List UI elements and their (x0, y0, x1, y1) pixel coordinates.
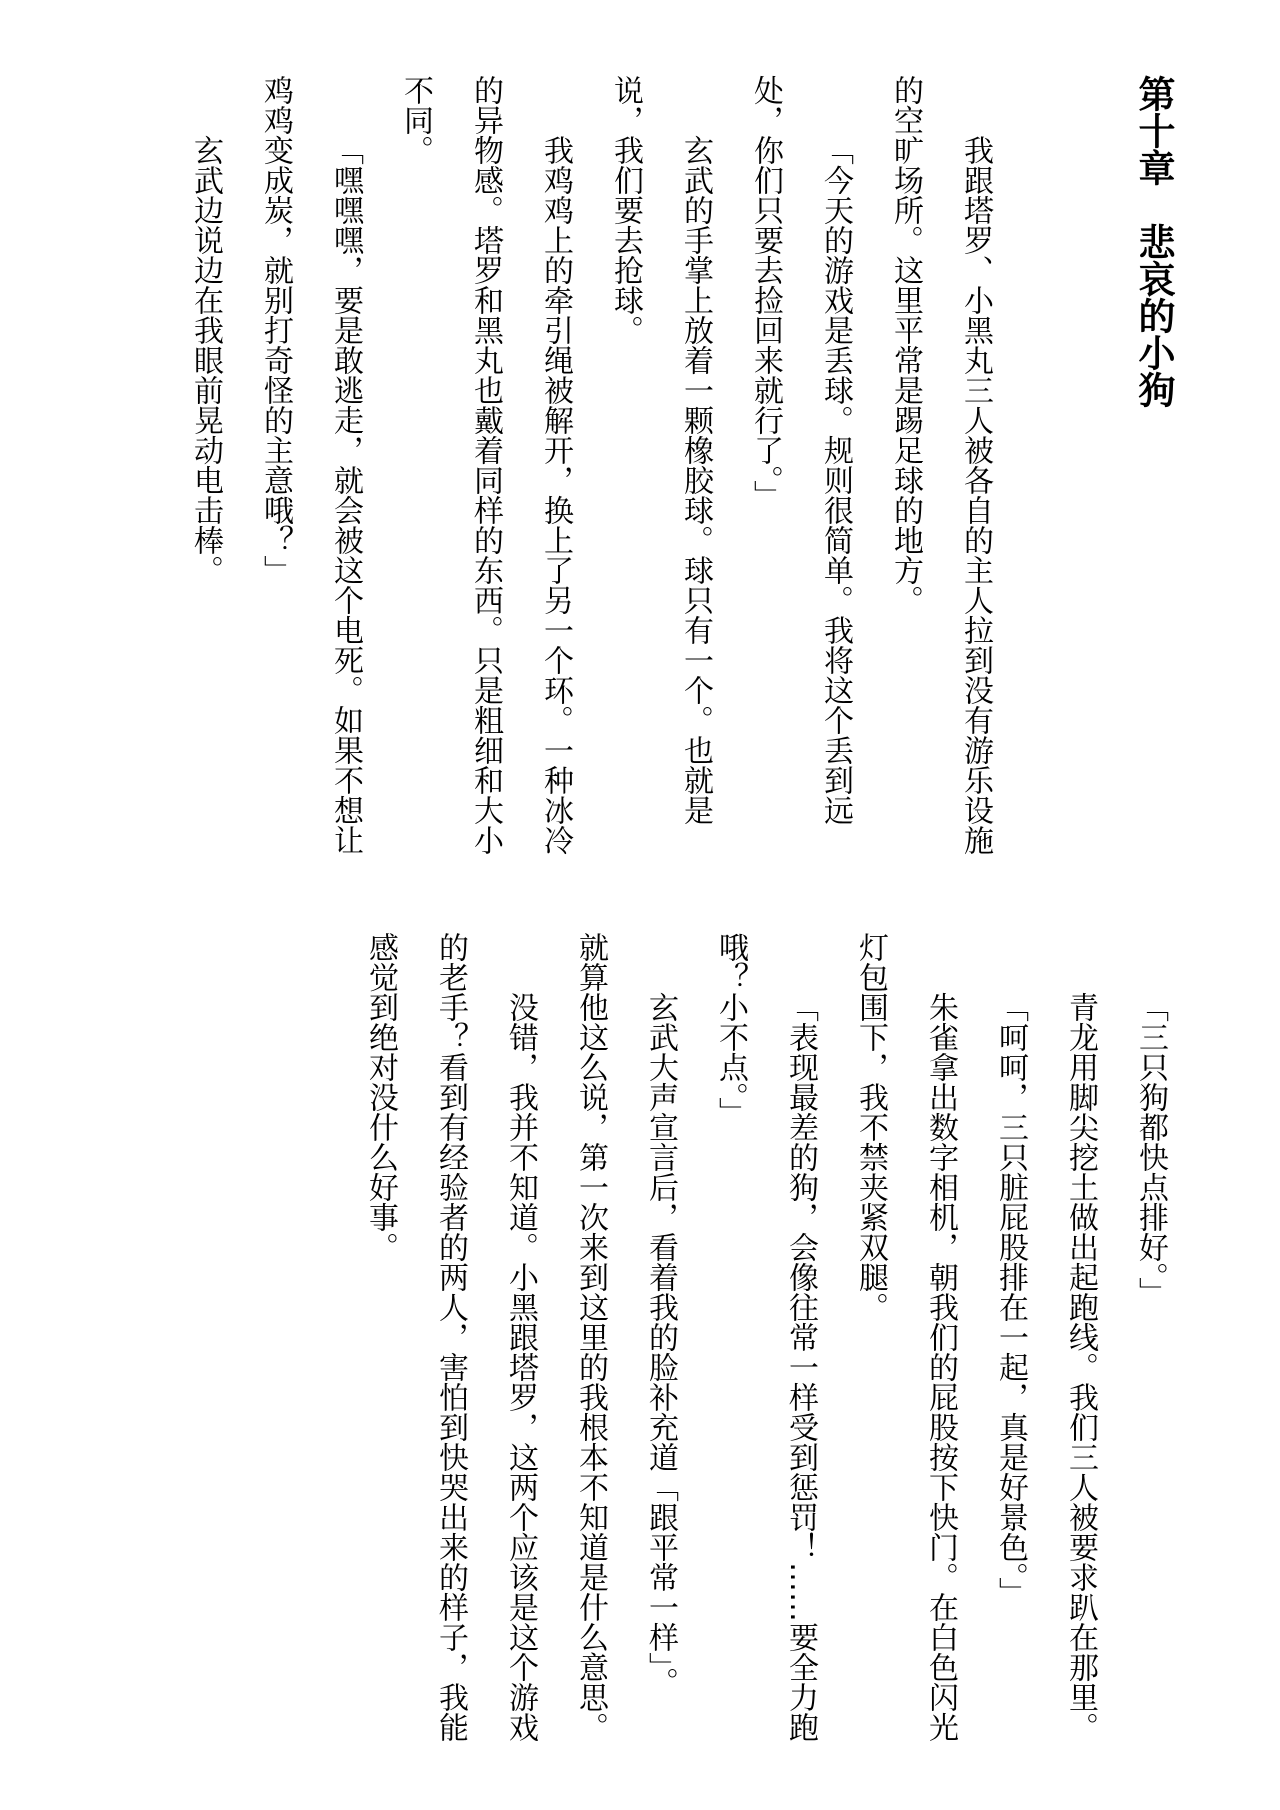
page1-paragraph-4: 我鸡鸡上的牵引绳被解开，换上了另一个环。一种冰冷的异物感。塔罗和黑丸也戴着同样的… (380, 75, 590, 865)
page-top-block: 第十章 悲哀的小狗 我跟塔罗、小黑丸三人被各自的主人拉到没有游乐设施的空旷场所。… (170, 75, 1188, 865)
page2-paragraph-3: 「呵呵，三只脏屁股排在一起，真是好景色。」 (975, 932, 1045, 1747)
page2-paragraph-6: 玄武大声宣言后，看着我的脸补充道「跟平常一样」。 (625, 932, 695, 1747)
page2-paragraph-4: 朱雀拿出数字相机，朝我们的屁股按下快门。在白色闪光灯包围下，我不禁夹紧双腿。 (835, 932, 975, 1747)
page-bottom-block: 「三只狗都快点排好。」 青龙用脚尖挖土做出起跑线。我们三人被要求趴在那里。 「呵… (345, 932, 1185, 1747)
page2-paragraph-5: 「表现最差的狗，会像往常一样受到惩罚！……要全力跑哦？小不点。」 (695, 932, 835, 1747)
page1-paragraph-5: 「嘿嘿嘿，要是敢逃走，就会被这个电死。如果不想让鸡鸡变成炭，就别打奇怪的主意哦？… (240, 75, 380, 865)
page1-paragraph-2: 「今天的游戏是丢球。规则很简单。我将这个丢到远处，你们只要去捡回来就行了。」 (730, 75, 870, 865)
page1-paragraph-6: 玄武边说边在我眼前晃动电击棒。 (170, 75, 240, 865)
page2-paragraph-8: 没错，我并不知道。小黑跟塔罗，这两个应该是这个游戏的老手？看到有经验者的两人，害… (345, 932, 555, 1747)
page1-paragraph-3: 玄武的手掌上放着一颗橡胶球。球只有一个。也就是说，我们要去抢球。 (590, 75, 730, 865)
novel-page-sheet: 第十章 悲哀的小狗 我跟塔罗、小黑丸三人被各自的主人拉到没有游乐设施的空旷场所。… (0, 0, 1280, 1810)
page2-paragraph-7: 就算他这么说，第一次来到这里的我根本不知道是什么意思。 (555, 932, 625, 1747)
page2-paragraph-1: 「三只狗都快点排好。」 (1115, 932, 1185, 1747)
page2-paragraph-2: 青龙用脚尖挖土做出起跑线。我们三人被要求趴在那里。 (1045, 932, 1115, 1747)
chapter-title: 第十章 悲哀的小狗 (1118, 75, 1188, 865)
page1-paragraph-1: 我跟塔罗、小黑丸三人被各自的主人拉到没有游乐设施的空旷场所。这里平常是踢足球的地… (870, 75, 1010, 865)
